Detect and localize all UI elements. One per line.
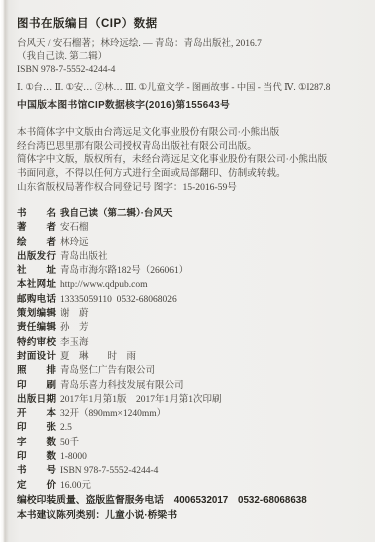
detail-value: ISBN 978-7-5552-4244-4 [60,464,158,478]
detail-label: 印数 [17,450,56,464]
detail-label: 定价 [17,479,56,493]
footer-line: 编校印装质量、盗版监督服务电话 4006532017 0532-68068638 [17,494,365,509]
detail-label: 开本 [17,407,56,421]
book-copyright-page: 图书在版编目（CIP）数据 台风天 / 安石榴著；林玲远绘. — 青岛：青岛出版… [0,0,375,542]
detail-value: http://www.qdpub.com [60,278,148,292]
detail-value: 青岛市海尔路182号（266061） [60,264,188,278]
copyright-line: 经台湾巴思里那有限公司授权青岛出版社有限公司出版。 [17,140,365,154]
detail-row: 印张2.5 [17,421,365,435]
detail-value: 青岛竖仁广告有限公司 [60,364,155,378]
footer-line: 本书建议陈列类别：儿童小说·桥梁书 [17,509,365,524]
detail-value: 谢 蔚 [60,307,89,321]
detail-value: 李玉海 [60,336,89,350]
detail-row: 开本32开（890mm×1240mm） [17,407,365,421]
detail-row: 定价16.00元 [17,479,365,493]
detail-label: 书名 [17,207,56,221]
detail-value: 安石榴 [60,221,89,235]
detail-row: 绘者林玲远 [17,236,365,250]
copyright-notice: 本书简体字中文版由台湾远足文化事业股份有限公司·小熊出版经台湾巴思里那有限公司授… [17,126,365,195]
detail-label: 照排 [17,364,56,378]
detail-row: 邮购电话13335059110 0532-68068026 [17,293,365,307]
cip-record-number: 中国版本图书馆CIP数据核字(2016)第155643号 [17,97,365,111]
detail-value: 16.00元 [60,479,91,493]
detail-label: 字数 [17,436,56,450]
detail-row: 书名我自己读（第二辑）·台风天 [17,207,365,221]
cip-description-line: ISBN 978-7-5552-4244-4 [17,64,365,77]
publication-details-list: 书名我自己读（第二辑）·台风天著者安石榴绘者林玲远出版发行青岛出版社社址青岛市海… [17,207,365,493]
detail-row: 封面设计夏 琳 时 雨 [17,350,365,364]
detail-row: 社址青岛市海尔路182号（266061） [17,264,365,278]
detail-row: 出版发行青岛出版社 [17,250,365,264]
cip-description-line: 台风天 / 安石榴著；林玲远绘. — 青岛：青岛出版社, 2016.7 [17,38,365,51]
footer-notes: 编校印装质量、盗版监督服务电话 4006532017 0532-68068638… [17,494,365,523]
detail-value: 林玲远 [60,236,89,250]
detail-row: 印数1-8000 [17,450,365,464]
copyright-line: 简体字中文版，版权所有，未经台湾远足文化事业股份有限公司·小熊出版 [17,153,365,167]
copyright-line: 书面同意，不得以任何方式进行全面或局部翻印、仿制或转载。 [17,167,365,181]
detail-label: 本社网址 [17,278,56,292]
detail-value: 夏 琳 时 雨 [60,350,136,364]
detail-value: 50千 [60,436,79,450]
detail-label: 邮购电话 [17,293,56,307]
detail-row: 特约审校李玉海 [17,336,365,350]
cip-description-block: 台风天 / 安石榴著；林玲远绘. — 青岛：青岛出版社, 2016.7（我自己读… [17,38,365,78]
detail-value: 13335059110 0532-68068026 [60,293,177,307]
detail-label: 社址 [17,264,56,278]
detail-label: 绘者 [17,236,56,250]
detail-label: 书号 [17,464,56,478]
cip-description-line: （我自己读. 第二辑） [17,51,365,64]
detail-row: 印刷青岛乐喜力科技发展有限公司 [17,379,365,393]
detail-label: 封面设计 [17,350,56,364]
detail-row: 书号ISBN 978-7-5552-4244-4 [17,464,365,478]
copyright-line: 山东省版权局著作权合同登记号 图字：15-2016-59号 [17,181,365,195]
detail-value: 青岛出版社 [60,250,108,264]
detail-row: 策划编辑谢 蔚 [17,307,365,321]
detail-label: 出版日期 [17,393,56,407]
cip-classification: Ⅰ. ①台… Ⅱ. ①安… ②林… Ⅲ. ①儿童文学 - 图画故事 - 中国 -… [17,79,365,93]
detail-value: 孙 芳 [60,321,89,335]
detail-row: 责任编辑孙 芳 [17,321,365,335]
detail-value: 1-8000 [60,450,87,464]
detail-label: 印刷 [17,379,56,393]
detail-value: 2.5 [60,421,72,435]
detail-row: 照排青岛竖仁广告有限公司 [17,364,365,378]
detail-label: 出版发行 [17,250,56,264]
detail-label: 特约审校 [17,336,56,350]
detail-label: 著者 [17,221,56,235]
detail-value: 2017年1月第1版 2017年1月第1次印刷 [60,393,222,407]
detail-value: 青岛乐喜力科技发展有限公司 [60,379,184,393]
detail-value: 32开（890mm×1240mm） [60,407,166,421]
detail-row: 字数50千 [17,436,365,450]
cip-header: 图书在版编目（CIP）数据 [17,15,365,31]
detail-value: 我自己读（第二辑）·台风天 [60,207,172,221]
detail-label: 策划编辑 [17,307,56,321]
detail-label: 责任编辑 [17,321,56,335]
detail-row: 著者安石榴 [17,221,365,235]
copyright-line: 本书简体字中文版由台湾远足文化事业股份有限公司·小熊出版 [17,126,365,140]
detail-row: 出版日期2017年1月第1版 2017年1月第1次印刷 [17,393,365,407]
detail-row: 本社网址http://www.qdpub.com [17,278,365,292]
detail-label: 印张 [17,421,56,435]
